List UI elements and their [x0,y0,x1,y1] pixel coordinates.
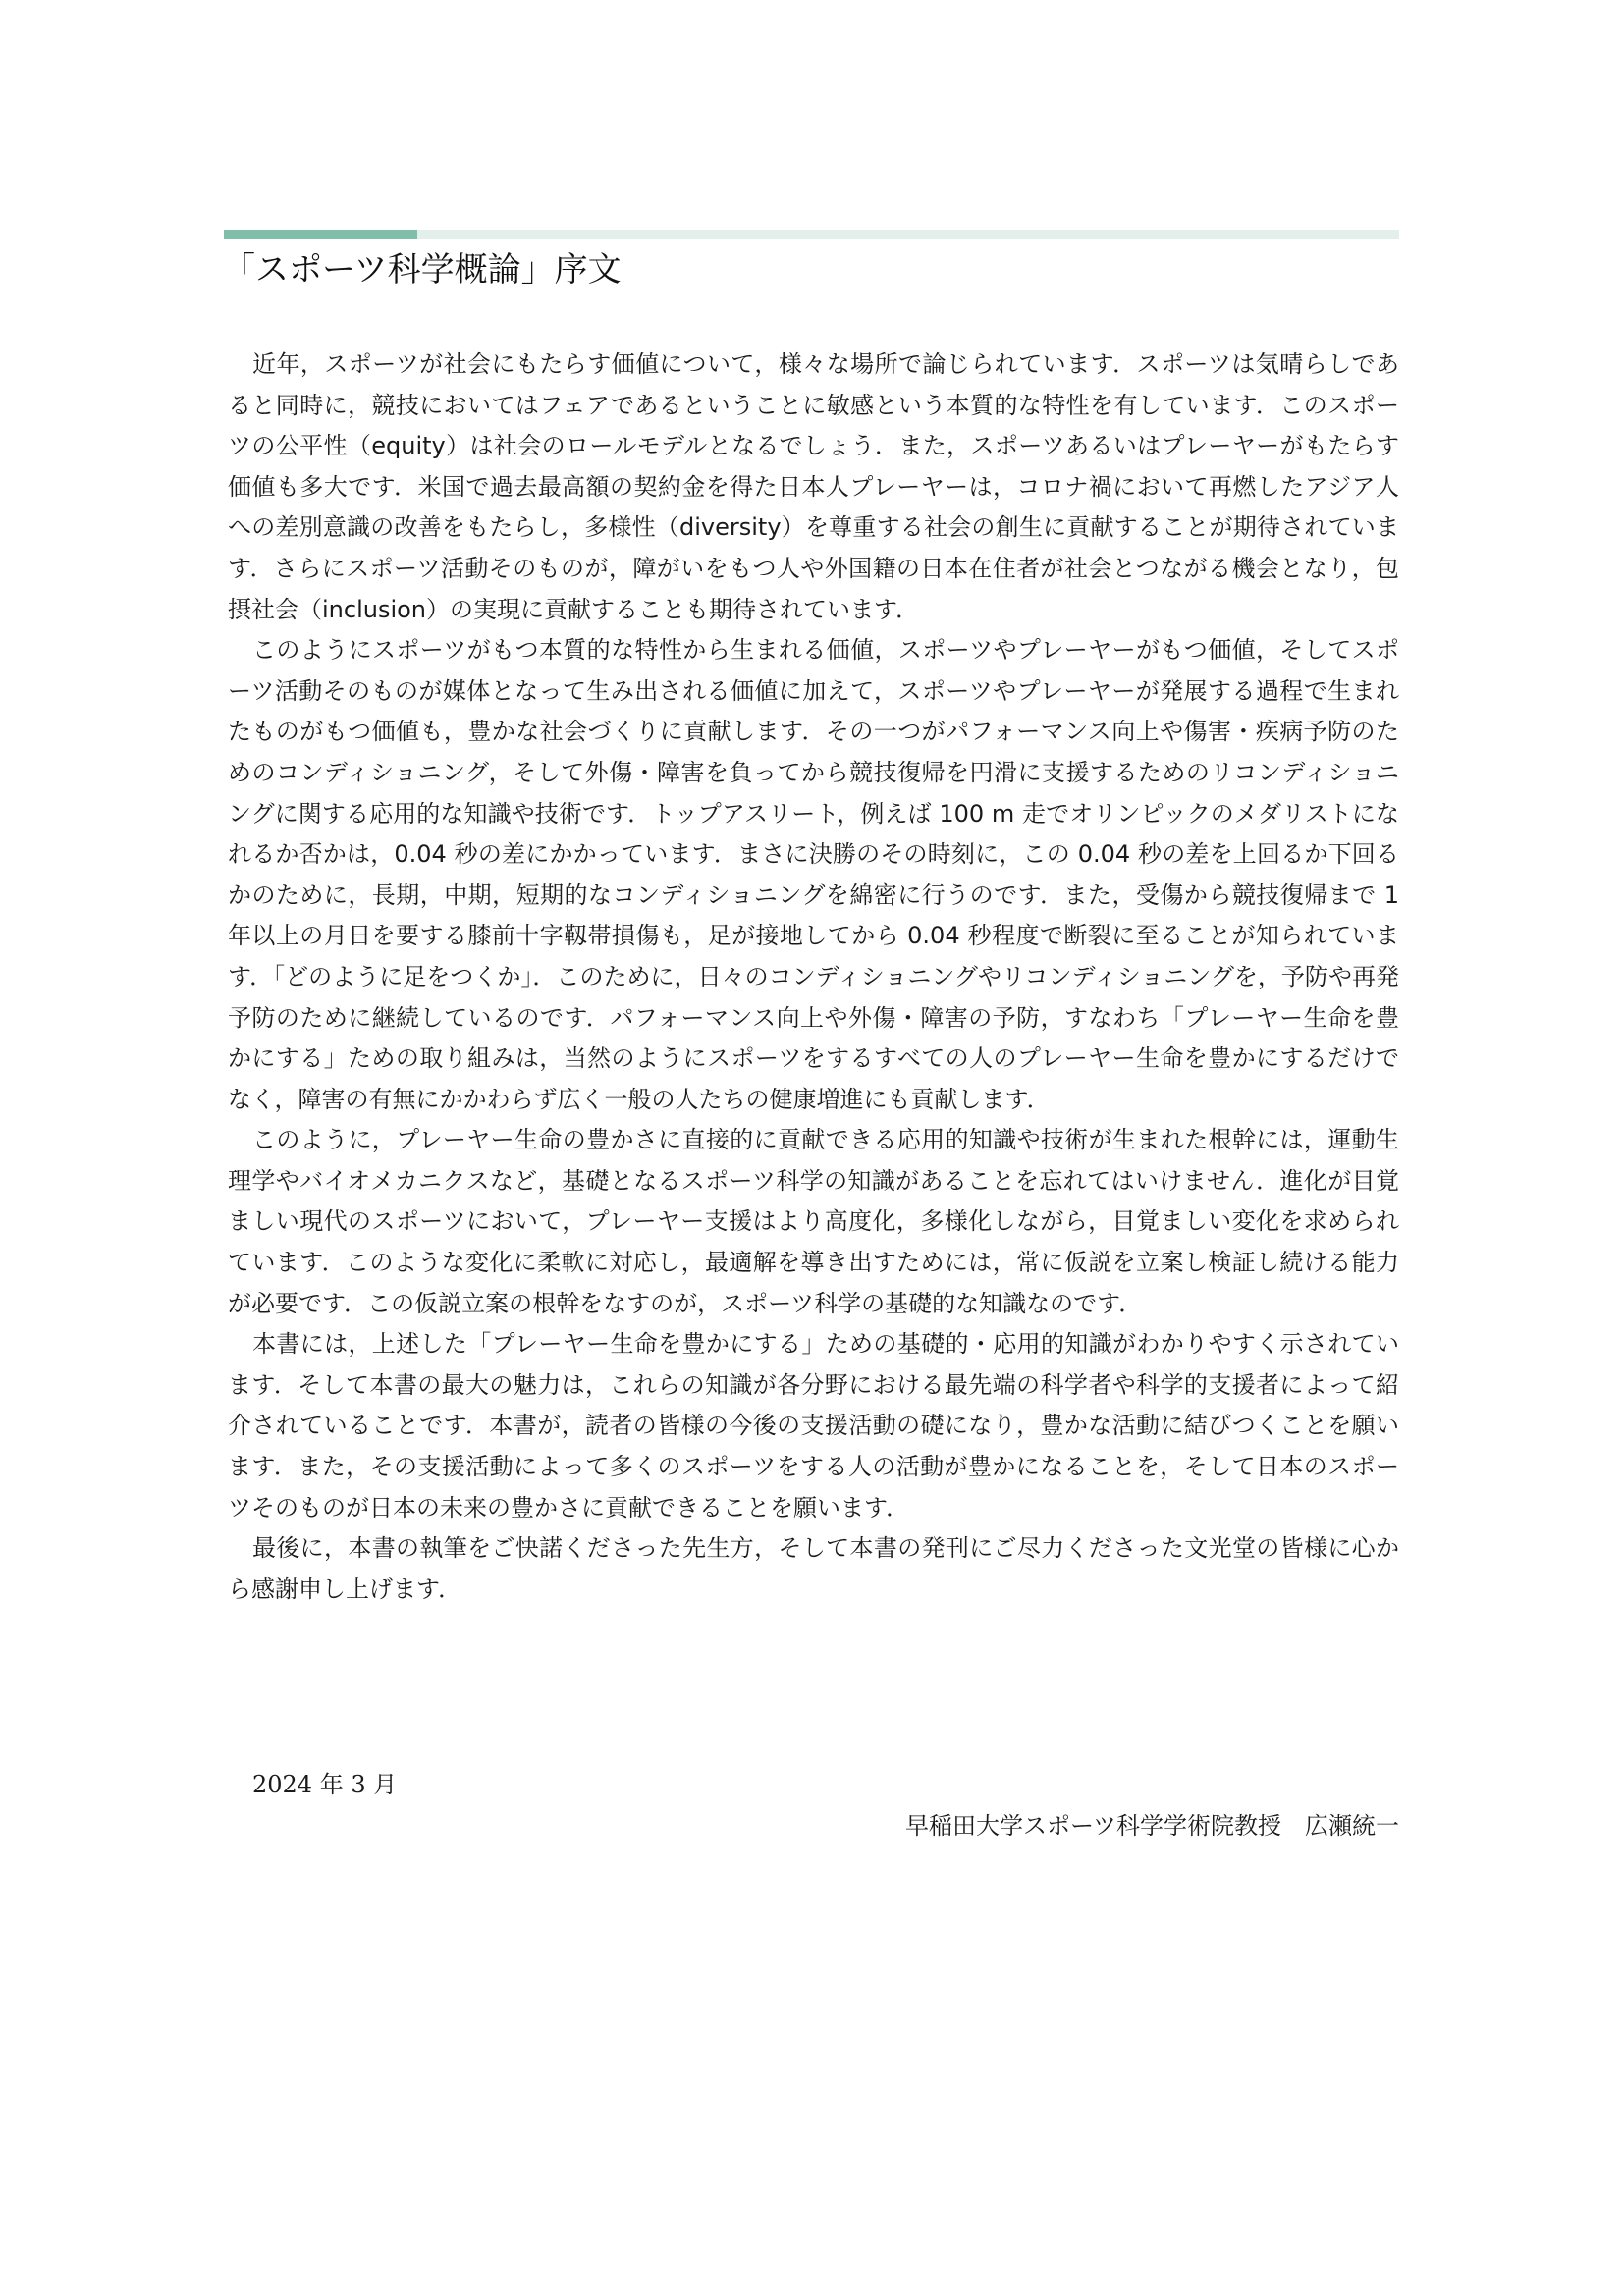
page-title: 「スポーツ科学概論」序文 [222,247,622,293]
preface-body: 近年，スポーツが社会にもたらす価値について，様々な場所で論じられています．スポー… [228,345,1399,1610]
title-rule-track [417,230,1399,239]
paragraph-4: 本書には，上述した「プレーヤー生命を豊かにする」ための基礎的・応用的知識がわかり… [228,1324,1399,1528]
title-rule-accent [224,230,417,239]
date-line: 2024 年 3 月 [252,1765,397,1806]
paragraph-1: 近年，スポーツが社会にもたらす価値について，様々な場所で論じられています．スポー… [228,345,1399,630]
paragraph-2: このようにスポーツがもつ本質的な特性から生まれる価値，スポーツやプレーヤーがもつ… [228,630,1399,1120]
paragraph-3: このように，プレーヤー生命の豊かさに直接的に貢献できる応用的知識や技術が生まれた… [228,1120,1399,1324]
paragraph-5: 最後に，本書の執筆をご快諾くださった先生方，そして本書の発刊にご尽力くださった文… [228,1528,1399,1610]
title-rule [224,230,1399,239]
author-signature: 早稲田大学スポーツ科学学術院教授 広瀬統一 [905,1806,1399,1847]
